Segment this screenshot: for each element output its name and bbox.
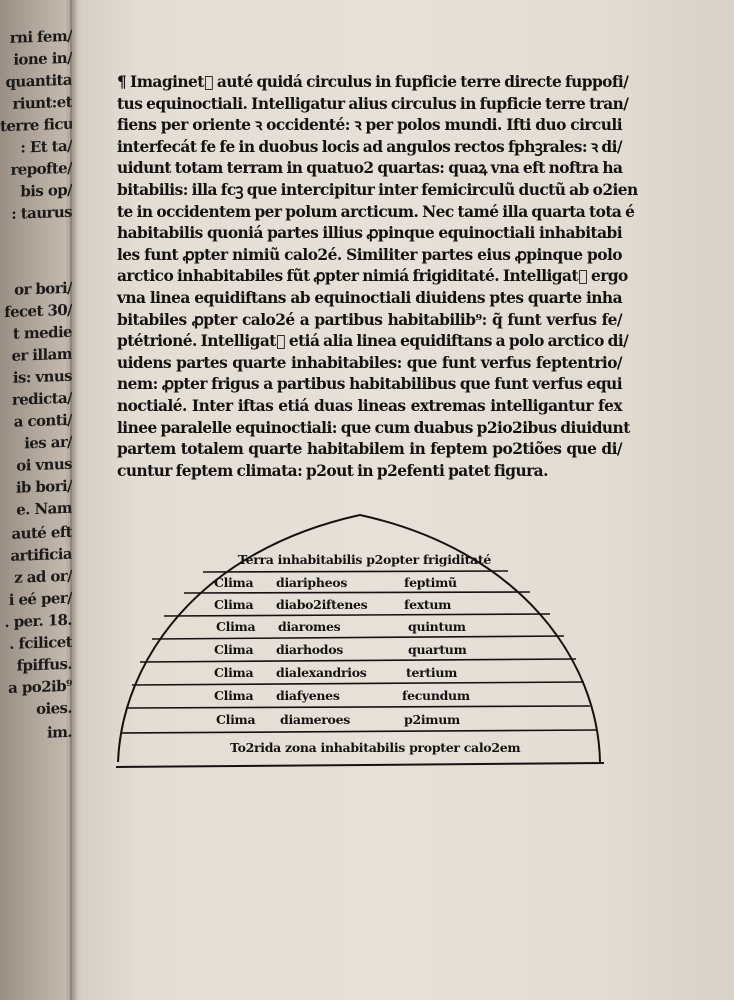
torrid-zone-label: To2rida zona inhabitabilis propter calo2… — [230, 740, 520, 755]
left-page-fragment: bis op/ — [0, 181, 72, 202]
text-line: linee paralelle equinoctiali: que cum du… — [117, 418, 622, 440]
text-line: uidunt totam terram in quatuo2 quartas: … — [117, 158, 622, 180]
text-line: interfecát fe fe in duobus locis ad angu… — [117, 137, 622, 159]
left-page-fragment: ies ar/ — [0, 433, 72, 454]
clima-name: diaripheos — [276, 575, 347, 590]
left-page-fragment: im. — [0, 723, 72, 744]
left-page-fragment: z ad or/ — [0, 567, 72, 588]
clima-label: Clima — [216, 619, 255, 634]
text-line: ¶ Imaginet᷑ auté quidá circulus in fupfi… — [117, 72, 622, 94]
clima-name: diabo2iftenes — [276, 597, 367, 612]
left-page-fragment: repofte/ — [0, 159, 72, 180]
left-page-fragment: a conti/ — [0, 411, 72, 432]
clima-ordinal: fextum — [404, 597, 451, 612]
left-page-fragment: oi vnus — [0, 455, 72, 476]
left-page-fragment: or bori/ — [0, 279, 72, 300]
clima-ordinal: quartum — [408, 642, 467, 657]
left-page-fragment: terre ficut — [0, 115, 72, 136]
left-page-fragment: redicta/ — [0, 389, 72, 410]
left-page-fragment: : Et ta/ — [0, 137, 72, 158]
text-line: partem totalem quarte habitabilem in fep… — [117, 439, 622, 461]
clima-label: Clima — [214, 665, 253, 680]
text-line: bitabilis: illa fcꝫ que intercipitur int… — [117, 180, 622, 202]
clima-name: diafyenes — [276, 688, 340, 703]
left-page-fragment: quantita — [0, 71, 72, 92]
left-page-fragment: fecet 30/ — [0, 301, 72, 322]
text-line: arctico inhabitabiles fũt ꝓpter nimiá fr… — [117, 266, 622, 288]
left-page-fragment: rni fem/ — [0, 27, 72, 48]
clima-ordinal: quintum — [408, 619, 466, 634]
text-line: fiens per oriente ꝛ occidenté: ꝛ per pol… — [117, 115, 622, 137]
left-page-fragment: fpiffus. — [0, 655, 72, 676]
left-page-fragment: auté eft — [0, 523, 72, 544]
left-page-fragment: is: vnus — [0, 367, 72, 388]
text-line: cuntur feptem climata: p2out in p2efenti… — [117, 461, 622, 483]
text-line: ptétrioné. Intelligat᷑ etiá alia linea e… — [117, 331, 622, 353]
left-page-fragment: ione in/ — [0, 49, 72, 70]
clima-ordinal: tertium — [406, 665, 457, 680]
clima-ordinal: feptimũ — [404, 575, 457, 590]
text-line: bitabiles ꝓpter calo2é a partibus habita… — [117, 310, 622, 332]
clima-label: Clima — [214, 597, 253, 612]
left-page-fragment: a po2ib⁹ — [0, 677, 72, 698]
climata-diagram: Terra inhabitabilis p2opter frigiditaté … — [110, 510, 610, 780]
left-page-fragment: riunt:et — [0, 93, 72, 114]
clima-ordinal: p2imum — [404, 712, 460, 727]
text-line: uidens partes quarte inhabitabiles: que … — [117, 353, 622, 375]
left-page-fragment: oies. — [0, 699, 72, 720]
text-line: habitabilis quoniá partes illius ꝓpinque… — [117, 223, 622, 245]
text-line: te in occidentem per polum arcticum. Nec… — [117, 202, 622, 224]
clima-label: Clima — [214, 688, 253, 703]
clima-ordinal: fecundum — [402, 688, 470, 703]
clima-name: diarhodos — [276, 642, 343, 657]
text-line: les funt ꝓpter nimiũ calo2é. Similiter p… — [117, 245, 622, 267]
text-line: noctialé. Inter iftas etiá duas lineas e… — [117, 396, 622, 418]
left-page-fragment: e. Nam — [0, 499, 72, 520]
left-page-fragment: artificia — [0, 545, 72, 566]
frigid-zone-label: Terra inhabitabilis p2opter frigiditaté — [238, 552, 491, 567]
clima-label: Clima — [216, 712, 255, 727]
text-line: nem: ꝓpter frigus a partibus habitabilib… — [117, 374, 622, 396]
text-line: vna linea equidiftans ab equinoctiali di… — [117, 288, 622, 310]
clima-name: dialexandrios — [276, 665, 366, 680]
left-page-fragment: t medie — [0, 323, 72, 344]
clima-name: diameroes — [280, 712, 350, 727]
clima-label: Clima — [214, 575, 253, 590]
left-page-fragment: . fcilicet — [0, 633, 72, 654]
text-line: tus equinoctiali. Intelligatur alius cir… — [117, 94, 622, 116]
left-page-fragment: ib bori/ — [0, 477, 72, 498]
clima-label: Clima — [214, 642, 253, 657]
left-page-fragment: : taurus — [0, 203, 72, 224]
body-text: ¶ Imaginet᷑ auté quidá circulus in fupfi… — [117, 72, 622, 482]
left-page-fragment: . per. 18. — [0, 611, 72, 632]
left-page-fragment: er illam — [0, 345, 72, 366]
left-page-edge: rni fem/ ione in/ quantita riunt:et terr… — [0, 0, 72, 1000]
clima-name: diaromes — [278, 619, 340, 634]
left-page-fragment: i eé per/ — [0, 589, 72, 610]
book-gutter — [70, 0, 78, 1000]
